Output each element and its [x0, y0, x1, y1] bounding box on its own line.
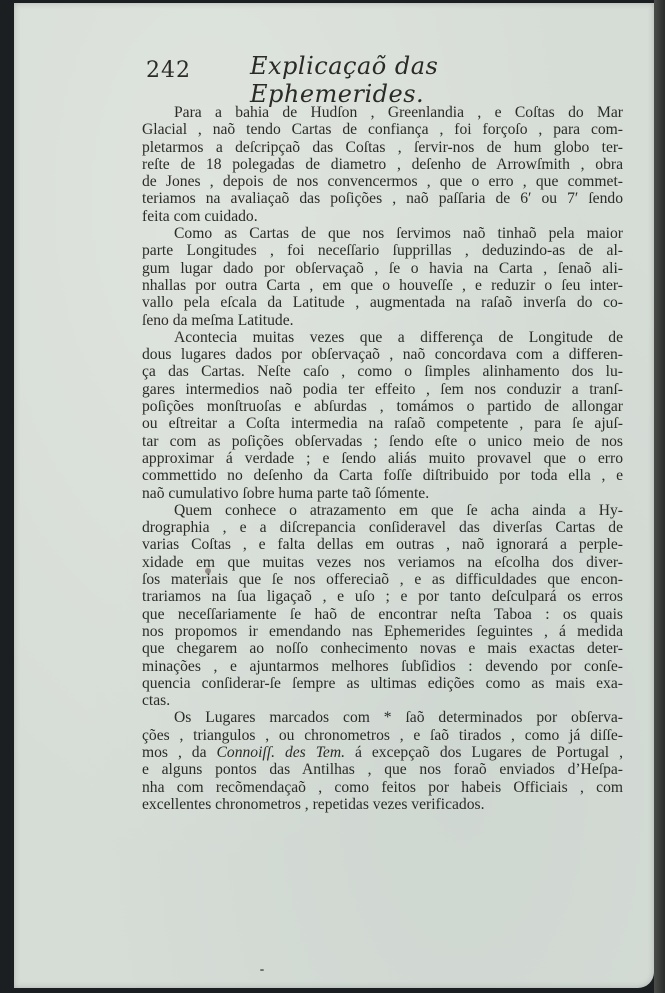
- page-number: 242: [146, 58, 191, 83]
- text-line: que neceſſariamente ſe haõ de encontrar …: [142, 606, 623, 623]
- text-line: feita com cuidado.: [142, 208, 623, 225]
- text-line: ſeno da meſma Latitude.: [142, 312, 623, 329]
- text-line: xidade em que muitas vezes nos veriamos …: [142, 554, 623, 571]
- text-line: Quem conhece o atrazamento em que ſe ach…: [142, 502, 623, 519]
- text-line: vallo pela eſcala da Latitude , augmenta…: [142, 294, 623, 311]
- text-line: Como as Cartas de que nos ſervimos naõ t…: [142, 225, 623, 242]
- text-line: drographia , e a diſcrepancia conſiderav…: [142, 519, 623, 536]
- paragraph: Acontecia muitas vezes que a differença …: [142, 329, 623, 502]
- text-line: varias Coſtas , e falta dellas em outras…: [142, 536, 623, 553]
- text-line: Acontecia muitas vezes que a differença …: [142, 329, 623, 346]
- text-line: gares intermedios naõ podia ter effeito …: [142, 381, 623, 398]
- text-line: ctas.: [142, 692, 623, 709]
- text-line: reſte de 18 polegadas de diametro , deſe…: [142, 156, 623, 173]
- text-line: Para a bahia de Hudſon , Greenlandia , e…: [142, 104, 623, 121]
- text-line: Os Lugares marcados com * ſaõ determinad…: [142, 709, 623, 726]
- page-edge-shadow: [654, 0, 665, 993]
- text-line: ções , triangulos , ou chronometros , e …: [142, 727, 623, 744]
- text-line: dous lugares dados por obſervaçaõ , naõ …: [142, 346, 623, 363]
- text-line: naõ cumulativo ſobre huma parte taõ ſóme…: [142, 485, 623, 502]
- running-title: Explicaçaõ das Ephemerides.: [250, 52, 566, 108]
- text-line: commettido no deſenho da Carta foſſe diſ…: [142, 467, 623, 484]
- paragraph: Quem conhece o atrazamento em que ſe ach…: [142, 502, 623, 710]
- text-line: gum lugar dado por obſervaçaõ , ſe o hav…: [142, 260, 623, 277]
- page-header: 242 Explicaçaõ das Ephemerides.: [146, 52, 566, 92]
- text-line: minações , e ajuntarmos melhores ſubſidi…: [142, 658, 623, 675]
- text-line: pletarmos a deſcripçaõ das Coſtas , ſerv…: [142, 139, 623, 156]
- text-line: ou eſtreitar a Coſta intermedia na raſaõ…: [142, 415, 623, 432]
- paragraph: Os Lugares marcados com * ſaõ determinad…: [142, 709, 623, 813]
- text-line: e alguns pontos das Antilhas , que nos f…: [142, 761, 623, 778]
- text-line: tar com as poſições obſervadas ; ſendo e…: [142, 433, 623, 450]
- text-line: nos propomos ir emendando nas Ephemeride…: [142, 623, 623, 640]
- text-line: ça das Cartas. Neſte caſo , como o ſimpl…: [142, 363, 623, 380]
- text-line: parte Longitudes , foi neceſſario ſuppri…: [142, 242, 623, 259]
- text-line: teriamos na avaliaçaõ das poſições , naõ…: [142, 190, 623, 207]
- text-line: approximar á verdade ; e ſendo aliás mui…: [142, 450, 623, 467]
- text-line: nha com recõmendaçaõ , como feitos por h…: [142, 779, 623, 796]
- paragraph: Para a bahia de Hudſon , Greenlandia , e…: [142, 104, 623, 225]
- text-line: nhallas por outra Carta , em que o houve…: [142, 277, 623, 294]
- body-text: Para a bahia de Hudſon , Greenlandia , e…: [142, 104, 623, 813]
- text-line: ſos materiais que ſe nos offereciaõ , e …: [142, 571, 623, 588]
- text-line: de Jones , depois de nos convencermos , …: [142, 173, 623, 190]
- text-line: Glacial , naõ tendo Cartas de confiança …: [142, 121, 623, 138]
- ink-speck: [260, 969, 264, 971]
- text-line: trariamos na ſua ligaçaõ , e uſo ; e por…: [142, 588, 623, 605]
- text-line: poſições monſtruoſas e abſurdas , tomámo…: [142, 398, 623, 415]
- text-line: excellentes chronometros , repetidas vez…: [142, 796, 623, 813]
- text-line: mos , da Connoiſſ. des Tem. á excepçaõ d…: [142, 744, 623, 761]
- text-line: quencia conſiderar-ſe ſempre as ultimas …: [142, 675, 623, 692]
- paragraph: Como as Cartas de que nos ſervimos naõ t…: [142, 225, 623, 329]
- text-line: que chegarem ao noſſo conhecimento novas…: [142, 640, 623, 657]
